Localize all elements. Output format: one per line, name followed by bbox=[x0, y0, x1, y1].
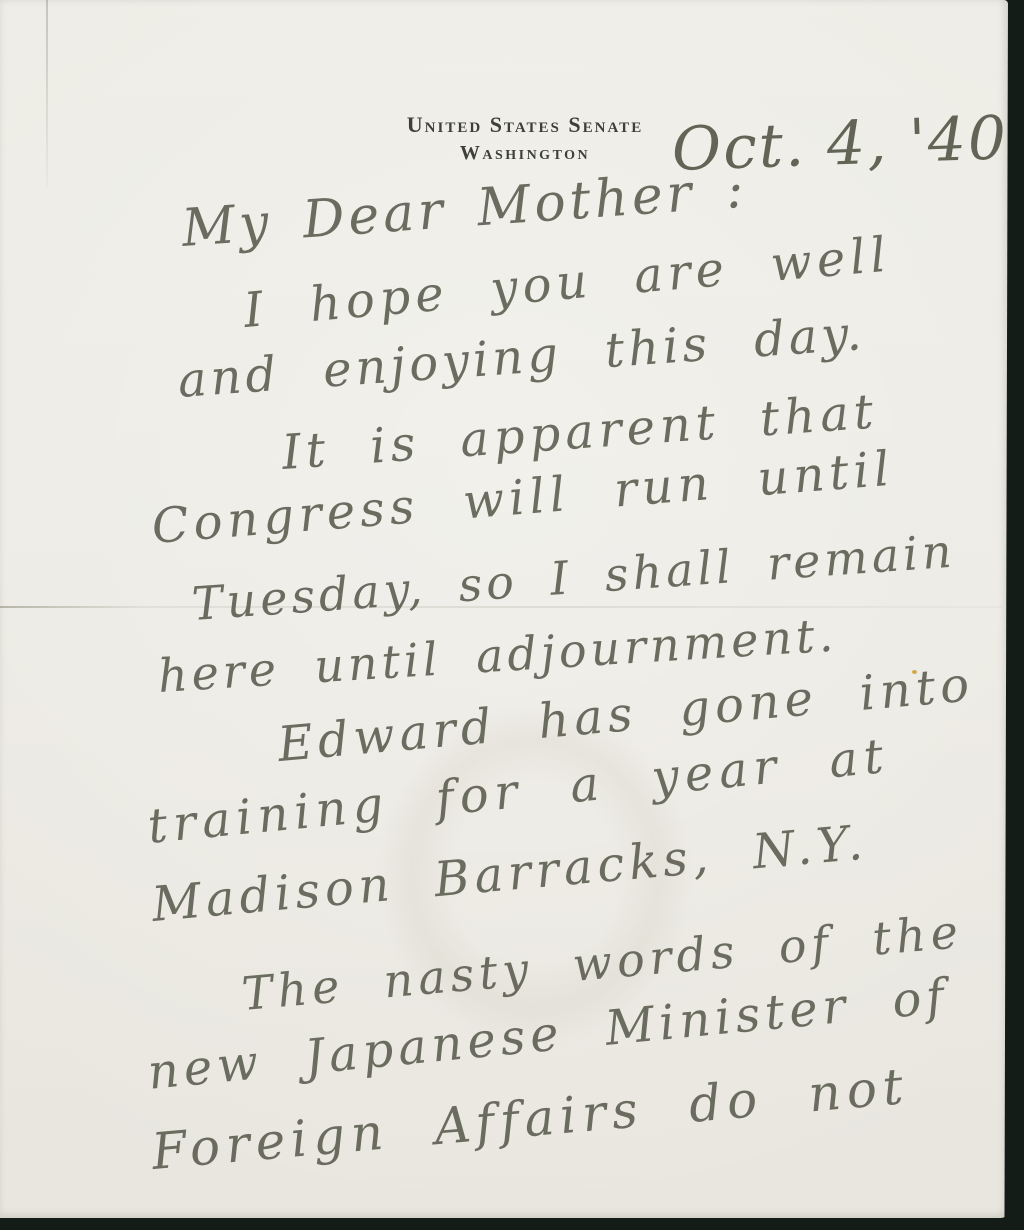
letterhead-org-name: United States Senate bbox=[360, 112, 690, 138]
handwritten-line-salutation: My Dear Mother : bbox=[180, 161, 749, 260]
fold-crease-vertical bbox=[46, 0, 48, 188]
letterhead-city: Washington bbox=[360, 142, 690, 165]
letter-paper: United States Senate Washington Oct. 4, … bbox=[0, 0, 1008, 1218]
letterhead: United States Senate Washington bbox=[360, 112, 690, 165]
scan-background: United States Senate Washington Oct. 4, … bbox=[0, 0, 1024, 1230]
